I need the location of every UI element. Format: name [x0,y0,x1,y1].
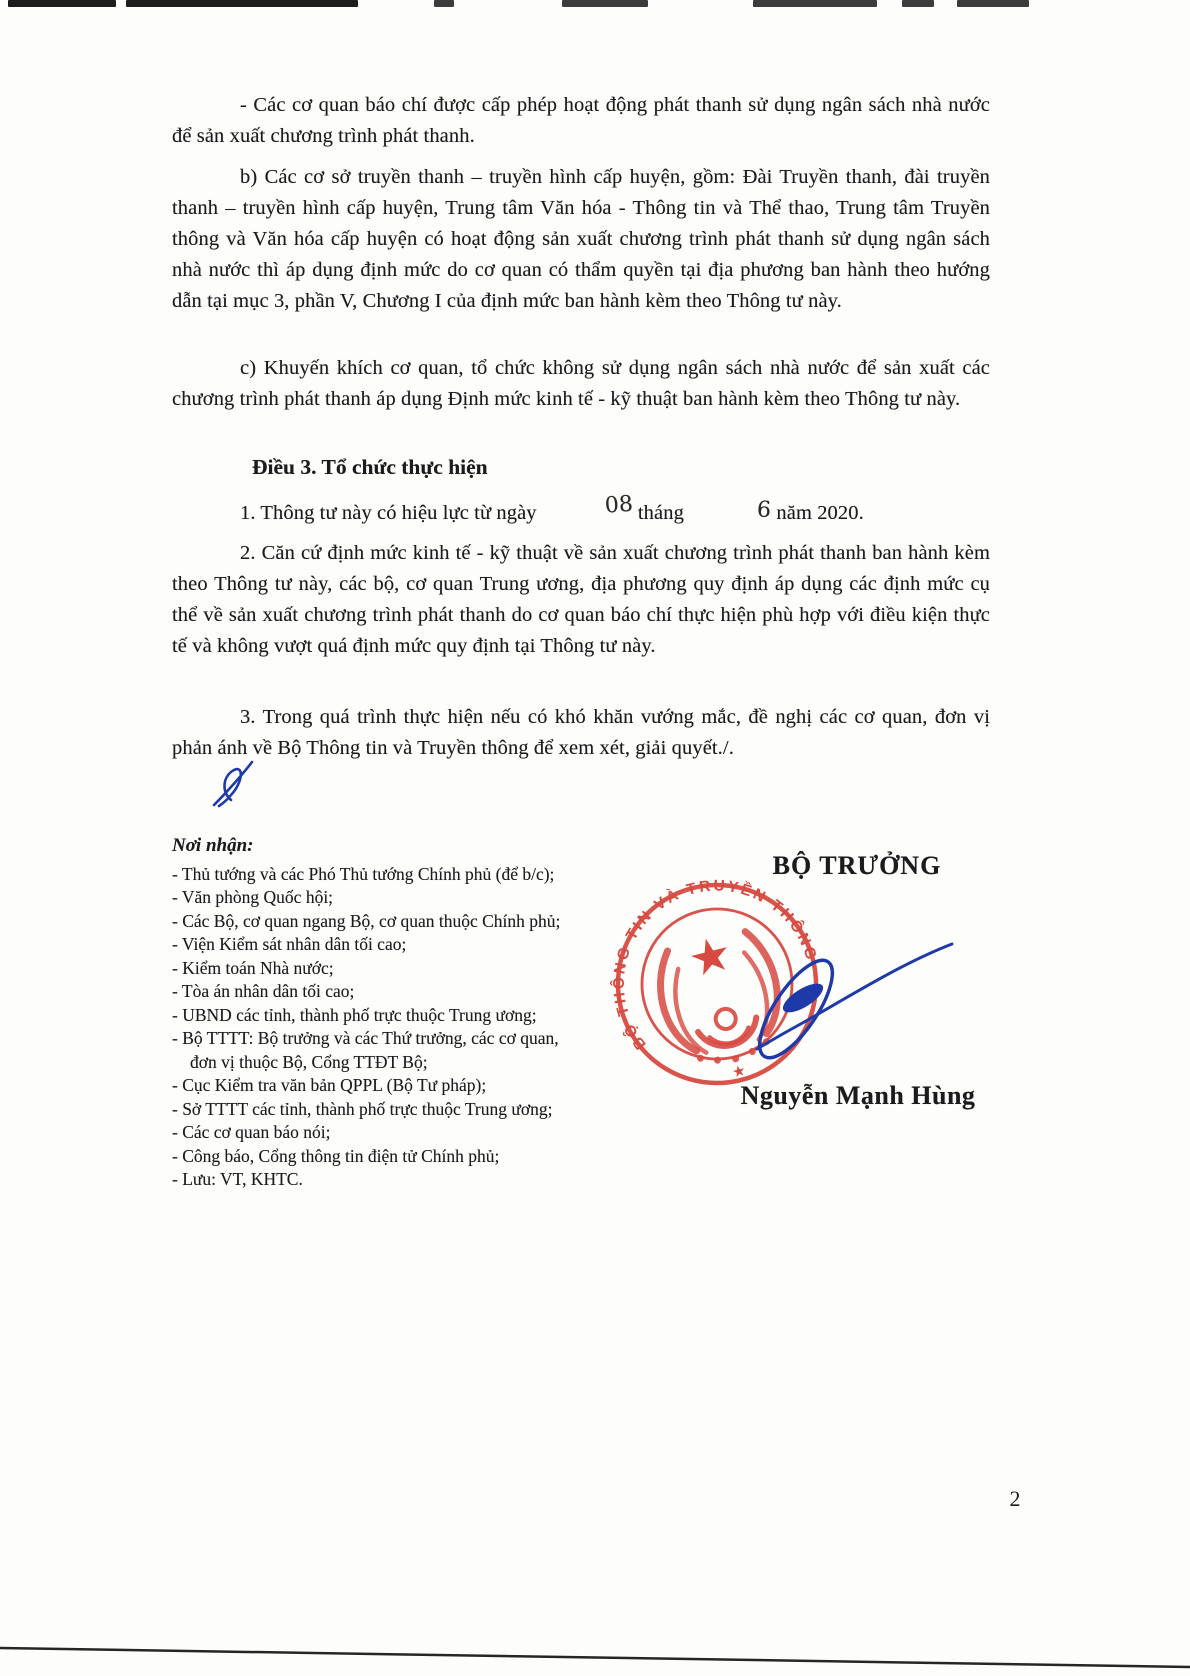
paragraph-c: c) Khuyến khích cơ quan, tổ chức không s… [172,353,990,415]
date-line-pre: 1. Thông tư này có hiệu lực từ ngày [240,502,537,524]
recipient-item: - Các Bộ, cơ quan ngang Bộ, cơ quan thuộ… [172,910,652,934]
document-page: - Các cơ quan báo chí được cấp phép hoạt… [0,0,1190,1676]
recipient-item: - Các cơ quan báo nói; [172,1121,652,1145]
recipient-item: - Tòa án nhân dân tối cao; [172,980,652,1004]
official-seal-icon: BỘ THÔNG TIN VÀ TRUYỀN THÔNG ★ ★ [605,872,829,1096]
initial-paraph-icon [214,762,252,806]
date-day-fill: 08 [536,489,634,527]
recipient-item: - Lưu: VT, KHTC. [172,1168,652,1192]
recipient-item-continuation: đơn vị thuộc Bộ, Cổng TTĐT Bộ; [172,1051,652,1075]
svg-text:★: ★ [683,926,738,988]
scan-edge-bottom [0,1648,1190,1667]
recipient-item: - UBND các tỉnh, thành phố trực thuộc Tr… [172,1004,652,1028]
date-line-post: năm 2020. [776,502,863,524]
recipient-item: - Công báo, Cổng thông tin điện tử Chính… [172,1145,652,1169]
paragraph-2: 2. Căn cứ định mức kinh tế - kỹ thuật về… [172,538,990,662]
recipient-item: - Viện Kiểm sát nhân dân tối cao; [172,933,652,957]
recipients-label: Nơi nhận: [172,834,652,858]
article-heading: Điều 3. Tổ chức thực hiện [172,452,990,483]
recipient-item: - Bộ TTTT: Bộ trưởng và các Thứ trưởng, … [172,1027,652,1051]
national-emblem-icon: ★ [648,918,792,1076]
seal-star-icon: ★ [731,1063,748,1082]
paragraph-3: 3. Trong quá trình thực hiện nếu có khó … [172,702,990,764]
recipients-block: Nơi nhận: - Thủ tướng và các Phó Thủ tướ… [172,834,652,1192]
recipient-item: - Kiểm toán Nhà nước; [172,957,652,981]
recipient-item: - Sở TTTT các tỉnh, thành phố trực thuộc… [172,1098,652,1122]
date-month-fill: 6 [688,491,772,526]
paragraph-b: b) Các cơ sở truyền thanh – truyền hình … [172,162,990,317]
effective-date-line: 1. Thông tư này có hiệu lực từ ngày08 th… [172,497,990,529]
recipient-item: - Văn phòng Quốc hội; [172,886,652,910]
date-line-mid: tháng [638,502,684,524]
page-number: 2 [1000,1486,1030,1512]
recipient-item: - Cục Kiểm tra văn bản QPPL (Bộ Tư pháp)… [172,1074,652,1098]
recipient-item: - Thủ tướng và các Phó Thủ tướng Chính p… [172,863,652,887]
minister-name: Nguyễn Mạnh Hùng [736,1081,980,1111]
paragraph-dash: - Các cơ quan báo chí được cấp phép hoạt… [172,90,990,152]
